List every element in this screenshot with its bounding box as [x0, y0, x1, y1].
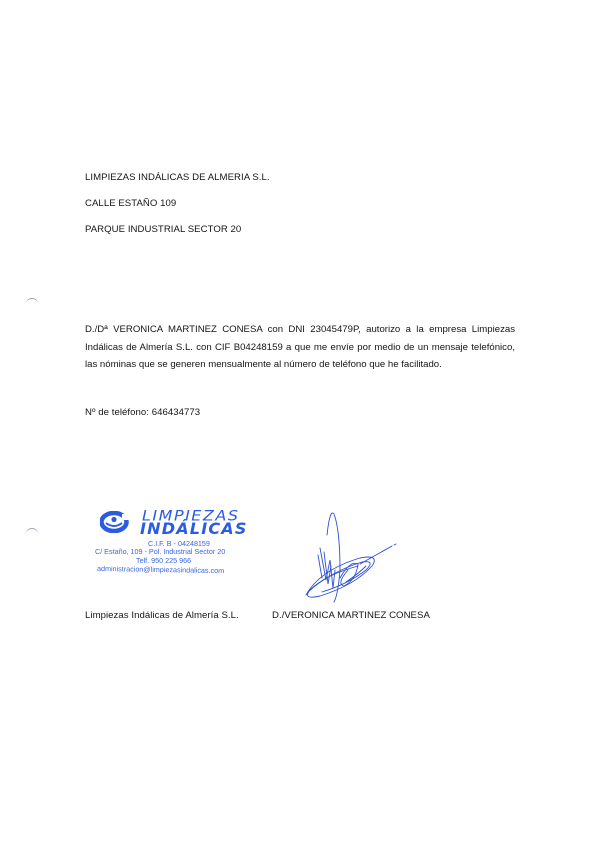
paragraph-line-1: D./Dª VERONICA MARTINEZ CONESA con DNI 2… — [85, 321, 515, 339]
authorization-paragraph: D./Dª VERONICA MARTINEZ CONESA con DNI 2… — [85, 321, 515, 374]
stamp-brand-line2: INDÁLICAS — [140, 521, 248, 537]
punch-hole-mark-top — [25, 298, 39, 313]
company-stamp: LIMPIEZAS INDÁLICAS C.I.F. B - 04248159 … — [96, 506, 276, 586]
company-logo-icon — [100, 511, 130, 533]
stamp-address: C/ Estaño, 109 - Pol. Industrial Sector … — [95, 548, 225, 556]
right-signatory: D./VERONICA MARTINEZ CONESA — [272, 610, 430, 622]
stamp-email: administracion@limpiezasindalicas.com — [97, 565, 224, 575]
phone-line: Nº de teléfono: 646434773 — [85, 407, 200, 419]
paragraph-line-3: las nóminas que se generen mensualmente … — [85, 356, 515, 374]
document-page: LIMPIEZAS INDÁLICAS DE ALMERIA S.L. CALL… — [0, 0, 595, 841]
recipient-street: CALLE ESTAÑO 109 — [85, 198, 176, 210]
punch-hole-mark-bottom — [25, 528, 39, 543]
left-signatory: Limpiezas Indálicas de Almería S.L. — [85, 610, 239, 622]
handwritten-signature-icon — [300, 500, 420, 605]
recipient-company: LIMPIEZAS INDÁLICAS DE ALMERIA S.L. — [85, 172, 270, 184]
phone-label: Nº de teléfono: — [85, 407, 149, 418]
recipient-area: PARQUE INDUSTRIAL SECTOR 20 — [85, 224, 241, 236]
phone-value: 646434773 — [152, 407, 200, 418]
paragraph-line-2: Indálicas de Almería S.L. con CIF B04248… — [85, 339, 515, 357]
